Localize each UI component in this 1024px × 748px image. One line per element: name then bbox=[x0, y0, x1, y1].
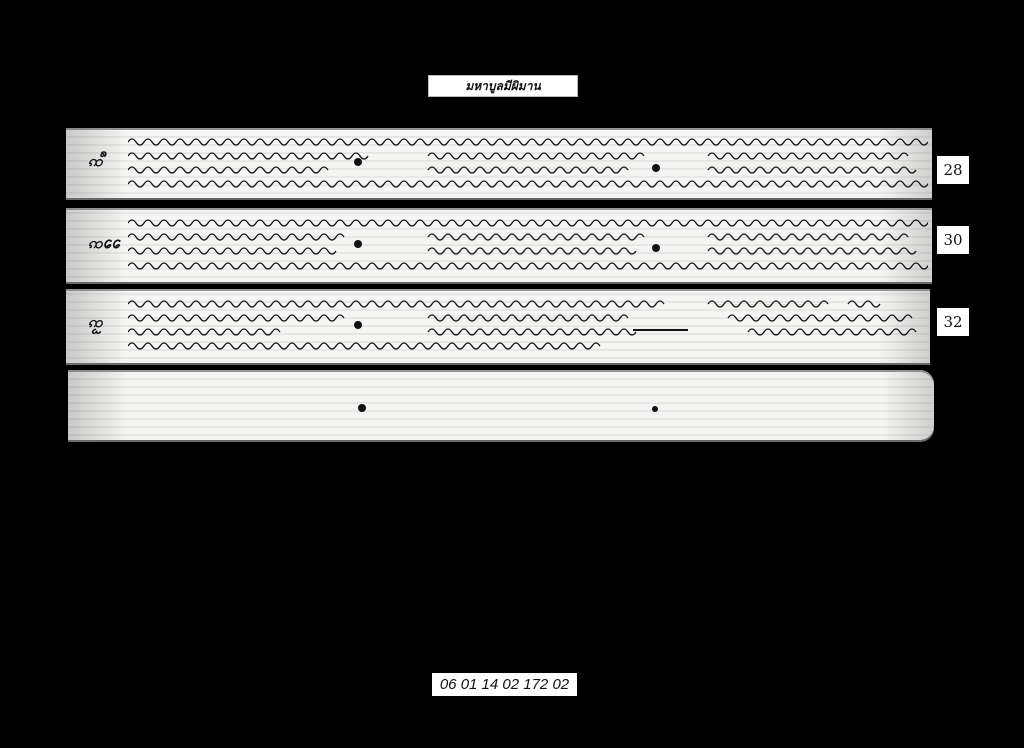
page-tag-text: 30 bbox=[943, 231, 962, 249]
script-lines-svg bbox=[128, 134, 928, 198]
palm-leaf-4-blank bbox=[68, 370, 934, 442]
script-lines-svg bbox=[128, 295, 928, 361]
palm-leaf-2: ꩡᩯ bbox=[66, 208, 932, 284]
title-text: มหาบูลมีผิมาน bbox=[465, 77, 540, 96]
manuscript-title-label: มหาบูลมีผิมาน bbox=[428, 75, 578, 97]
binding-hole-left bbox=[354, 240, 362, 248]
page-tag-text: 28 bbox=[943, 161, 962, 179]
binding-hole-left bbox=[358, 404, 366, 412]
binding-hole-right bbox=[652, 244, 660, 252]
leaf-marginal-number: ꩡᩯ bbox=[88, 232, 120, 256]
binding-hole-right bbox=[652, 164, 660, 172]
binding-hole-left bbox=[354, 321, 362, 329]
script-text-block bbox=[128, 134, 928, 200]
palm-leaf-3: ꩡᩬ bbox=[66, 289, 930, 365]
page-tag-32: 32 bbox=[937, 308, 969, 336]
script-text-block bbox=[128, 295, 928, 365]
script-text-block bbox=[128, 214, 928, 284]
page-tag-30: 30 bbox=[937, 226, 969, 254]
script-lines-svg bbox=[128, 214, 928, 280]
leaf-marginal-number: ꩡᩬ bbox=[88, 311, 103, 335]
palm-leaf-1: ꩡ᩺ bbox=[66, 128, 932, 200]
page-tag-text: 32 bbox=[943, 313, 962, 331]
binding-hole-right bbox=[652, 406, 658, 412]
leaf-marginal-number: ꩡ᩺ bbox=[88, 150, 103, 174]
catalog-number-text: 06 01 14 02 172 02 bbox=[440, 676, 569, 693]
catalog-number-label: 06 01 14 02 172 02 bbox=[432, 673, 577, 696]
binding-hole-left bbox=[354, 158, 362, 166]
page-tag-28: 28 bbox=[937, 156, 969, 184]
